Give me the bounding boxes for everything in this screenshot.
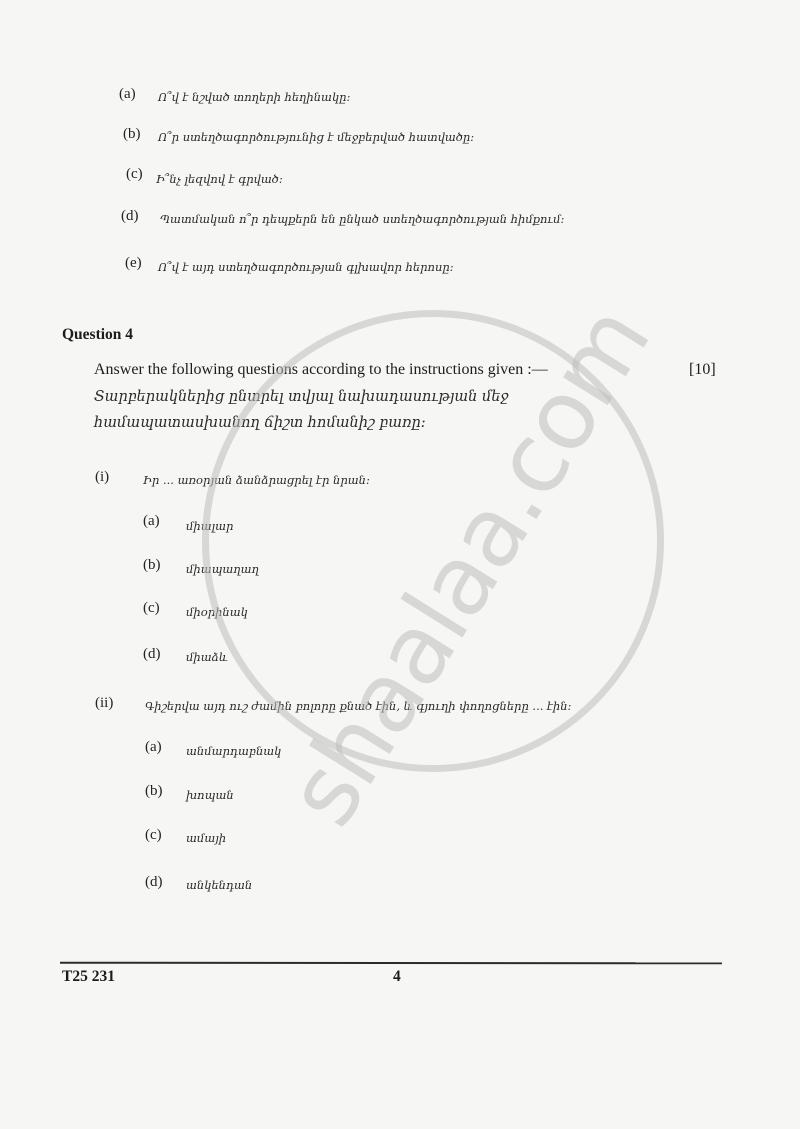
option-label: (b) bbox=[145, 783, 163, 800]
subquestion-label: (ii) bbox=[95, 695, 113, 712]
option-label: (d) bbox=[145, 874, 163, 891]
option-label: (c) bbox=[145, 827, 162, 844]
option-label: (c) bbox=[143, 600, 160, 617]
prev-item-text: Ո՞վ է այդ ստեղծագործության գլխավոր հերոս… bbox=[158, 260, 454, 274]
question-instruction: Answer the following questions according… bbox=[94, 361, 548, 379]
prev-item-text: Ի՞նչ լեզվով է գրված: bbox=[156, 172, 283, 186]
option-text: անմարդաբնակ bbox=[186, 744, 281, 758]
option-label: (d) bbox=[143, 646, 161, 663]
prev-item-label: (d) bbox=[121, 208, 139, 225]
prev-item-label: (b) bbox=[123, 126, 141, 143]
prev-item-text: Ո՞ր ստեղծագործությունից է մեջբերված հատվ… bbox=[158, 130, 474, 144]
option-text: խոպան bbox=[186, 788, 234, 802]
exam-page: (a) Ո՞վ է նշված տողերի հեղինակը: (b) Ո՞ր… bbox=[0, 0, 800, 1129]
option-text: միաձև bbox=[186, 650, 228, 664]
option-label: (b) bbox=[143, 557, 161, 574]
option-text: անկենդան bbox=[186, 878, 252, 892]
prev-item-label: (a) bbox=[119, 86, 136, 103]
option-text: միապաղաղ bbox=[186, 562, 259, 576]
option-text: միօրինակ bbox=[186, 605, 248, 619]
question-title: Question 4 bbox=[62, 326, 133, 344]
footer-divider bbox=[60, 962, 722, 965]
armenian-instruction: Տարբերակներից ընտրել տվյալ նախադասության… bbox=[94, 384, 654, 436]
subquestion-text: Գիշերվա այդ ուշ ժամին բոլորը քնած էին, և… bbox=[145, 699, 571, 713]
option-label: (a) bbox=[145, 739, 162, 756]
option-text: միալար bbox=[186, 519, 233, 533]
page-number: 4 bbox=[393, 968, 401, 986]
subquestion-text: Իր ... առօրյան ձանձրացրել էր նրան: bbox=[143, 473, 370, 487]
subquestion-label: (i) bbox=[95, 469, 109, 486]
option-label: (a) bbox=[143, 513, 160, 530]
prev-item-label: (e) bbox=[125, 255, 142, 272]
prev-item-label: (c) bbox=[126, 166, 143, 183]
question-marks: [10] bbox=[689, 361, 716, 379]
prev-item-text: Ո՞վ է նշված տողերի հեղինակը: bbox=[158, 90, 350, 104]
option-text: ամայի bbox=[186, 831, 226, 845]
paper-code: T25 231 bbox=[62, 968, 115, 986]
prev-item-text: Պատմական ո՞ր դեպքերն են ընկած ստեղծագործ… bbox=[160, 212, 564, 226]
